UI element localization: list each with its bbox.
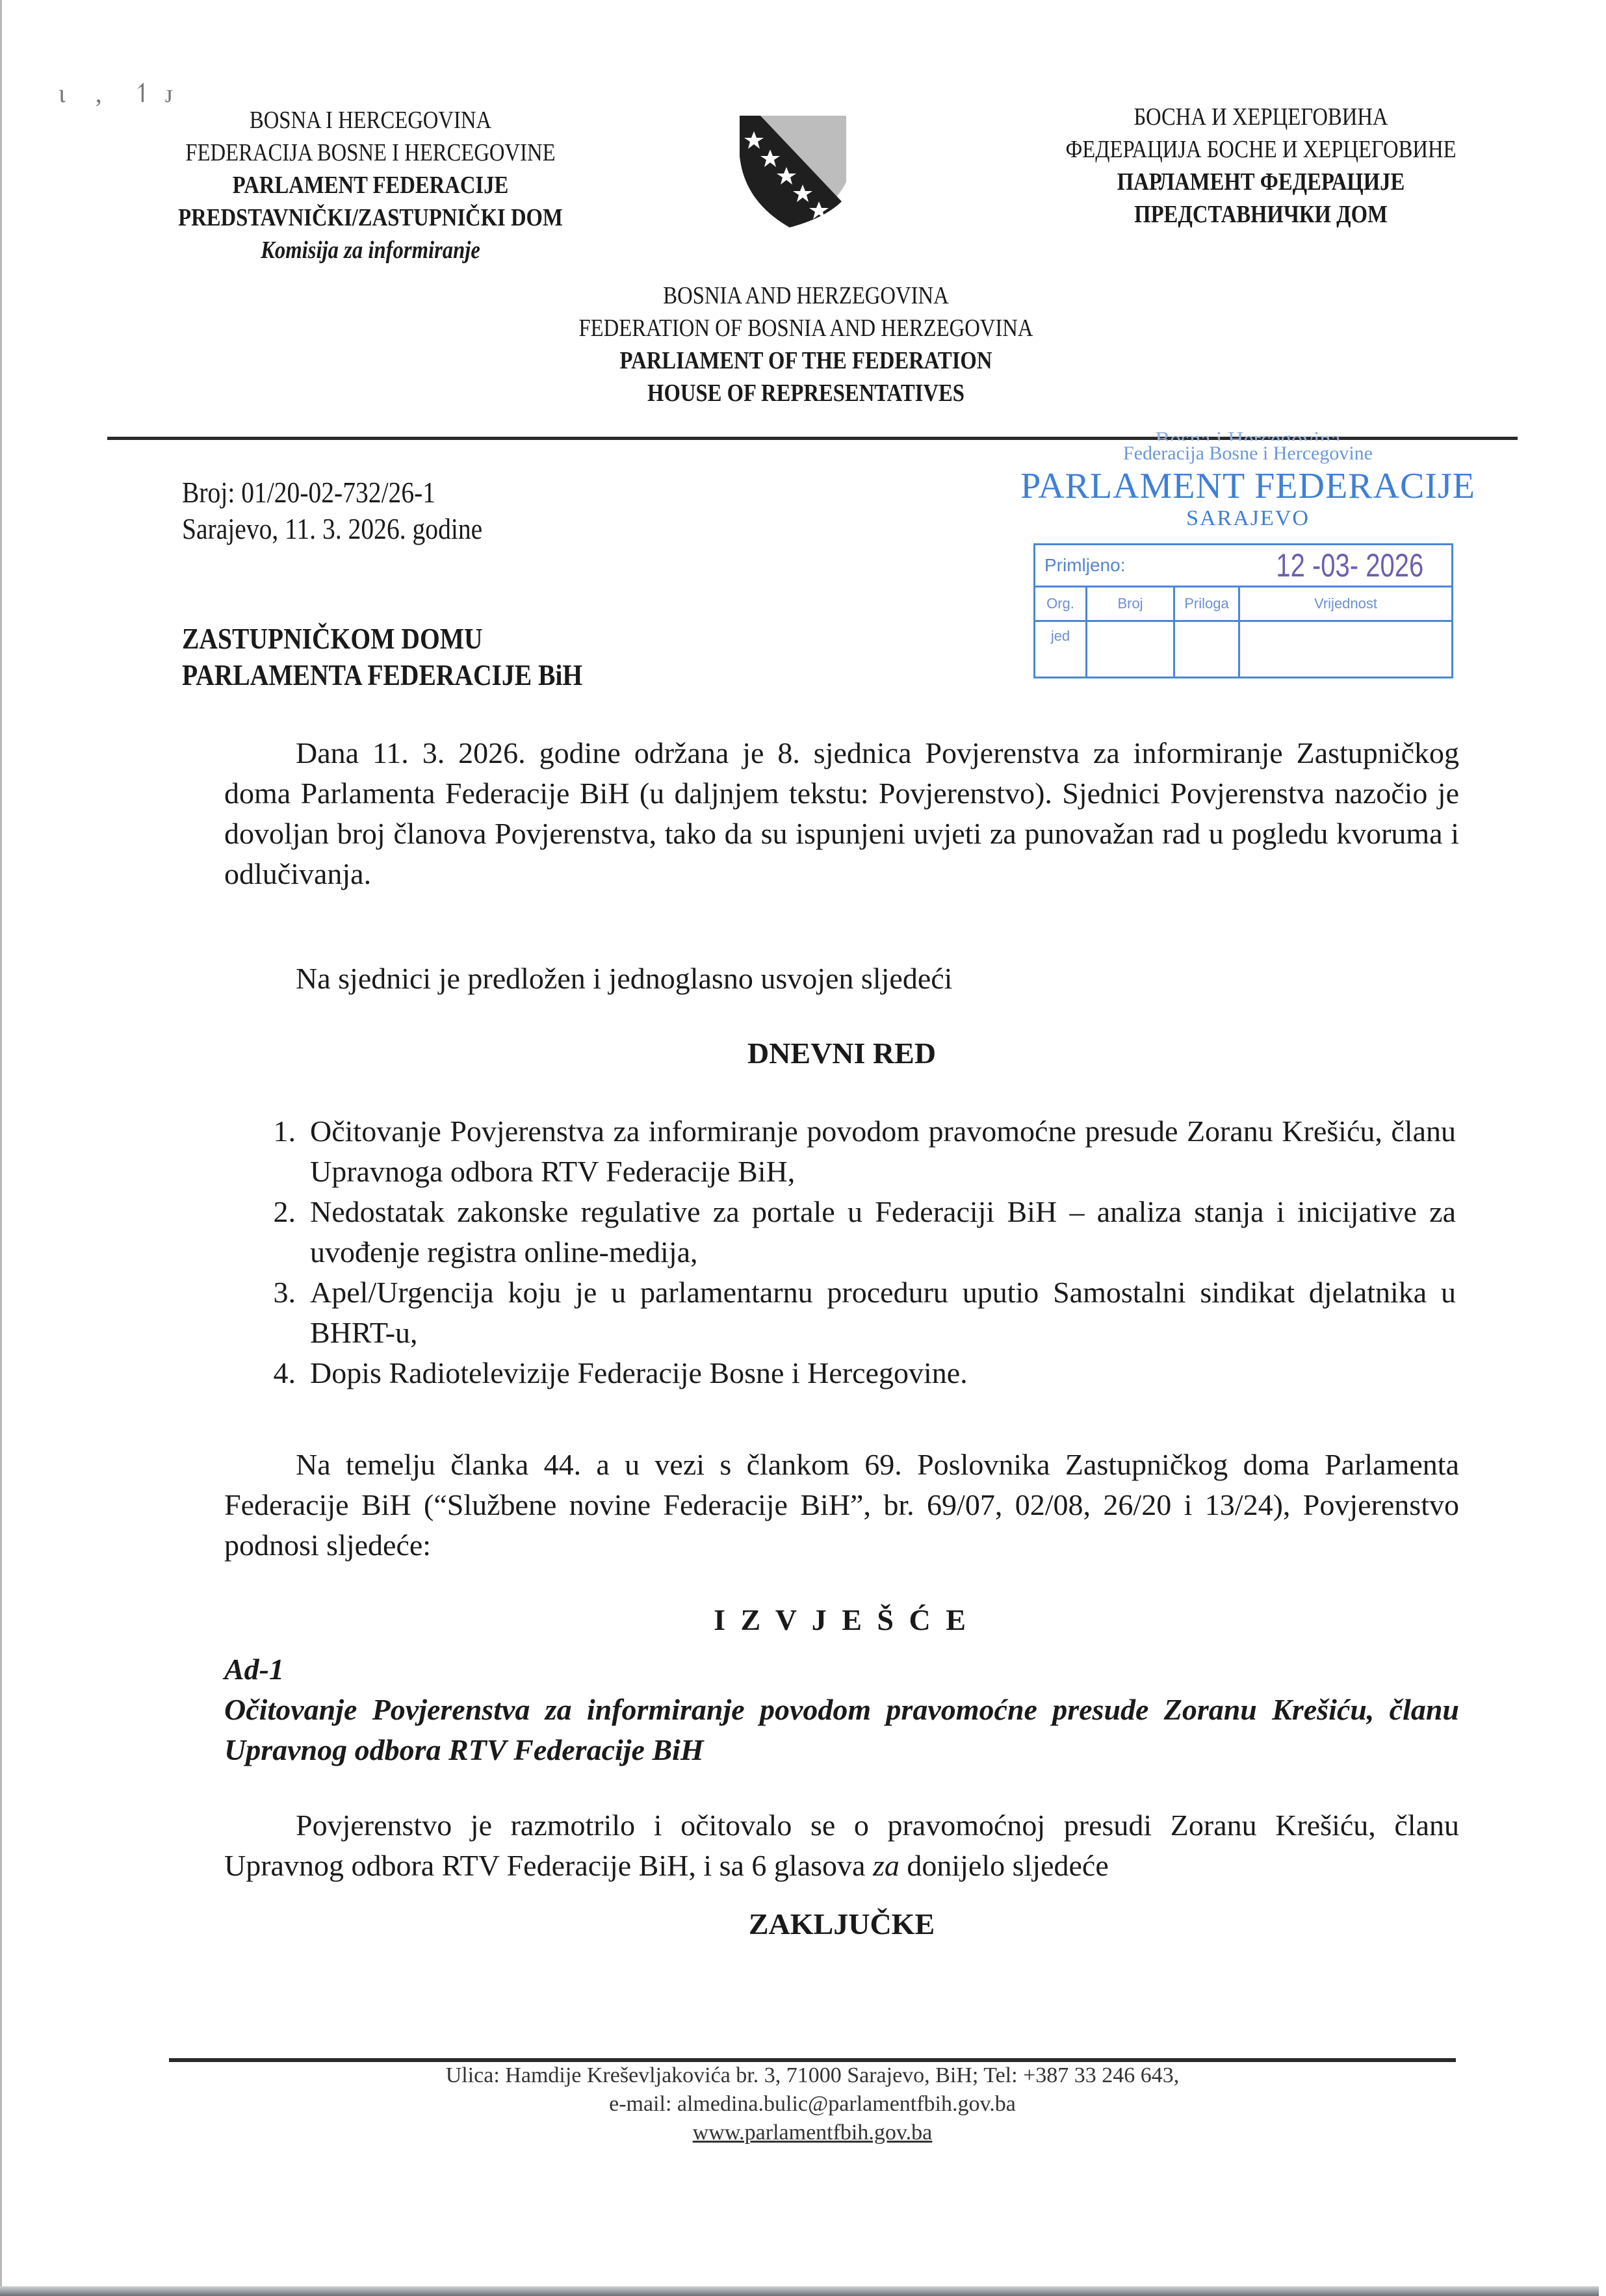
agenda-item: 1. Očitovanje Povjerenstva za informiran… <box>247 1111 1456 1192</box>
stamp-col-org: Org. jed <box>1035 587 1087 622</box>
agenda-item-number: 4. <box>247 1353 310 1393</box>
stamp-line3: PARLAMENT FEDERACIJE <box>1014 467 1482 506</box>
stamp-line1: Bosna i Hercegovina <box>1014 429 1482 441</box>
stamp-received-label: Primljeno: <box>1044 555 1125 576</box>
agenda-item-number: 3. <box>247 1272 310 1353</box>
addressee: ZASTUPNIČKOM DOMU PARLAMENTA FEDERACIJE … <box>182 621 582 693</box>
stamp-cell <box>1035 622 1087 677</box>
stamp-col-number: Broj <box>1087 587 1175 622</box>
header-house-cyr: ПРЕДСТАВНИЧКИ ДОМ <box>1037 198 1484 231</box>
header-english: BOSNIA AND HERZEGOVINA FEDERATION OF BOS… <box>504 279 1108 409</box>
header-country: BOSNA I HERCEGOVINA <box>153 104 589 136</box>
header-federation: FEDERACIJA BOSNE I HERCEGOVINE <box>153 136 589 169</box>
intro-section: Dana 11. 3. 2026. godine održana je 8. s… <box>224 733 1459 894</box>
agenda-item-number: 1. <box>247 1111 310 1192</box>
stamp-registry-box: Primljeno: 12 -03- 2026 Org. jed Broj Pr… <box>1033 543 1453 678</box>
agenda-item: 3. Apel/Urgencija koju je u parlamentarn… <box>247 1272 1456 1353</box>
stamp-col-attachments: Priloga <box>1175 587 1240 622</box>
scan-bottom-edge <box>0 2286 1599 2296</box>
agenda-item: 4. Dopis Radiotelevizije Federacije Bosn… <box>247 1353 1456 1393</box>
bih-coat-of-arms-icon <box>734 104 864 227</box>
agenda-intro: Na sjednici je predložen i jednoglasno u… <box>224 959 1459 999</box>
header-country-cyr: БОСНА И ХЕРЦЕГОВИНА <box>1037 101 1484 133</box>
document-date: Sarajevo, 11. 3. 2026. godine <box>182 511 482 547</box>
ad1-paragraph: Povjerenstvo je razmotrilo i očitovalo s… <box>224 1805 1459 1886</box>
agenda-intro-section: Na sjednici je predložen i jednoglasno u… <box>224 959 1459 999</box>
stamp-grid: Org. jed Broj Priloga Vrijednost <box>1035 587 1451 677</box>
footer-email[interactable]: e-mail: almedina.bulic@parlamentfbih.gov… <box>325 2090 1300 2119</box>
agenda-item-number: 2. <box>247 1192 310 1272</box>
stamp-cell <box>1175 622 1240 677</box>
addressee-line1: ZASTUPNIČKOM DOMU <box>182 621 582 657</box>
ad1-text-after: donijelo sljedeće <box>900 1849 1109 1882</box>
document-meta: Broj: 01/20-02-732/26-1 Sarajevo, 11. 3.… <box>182 474 482 547</box>
header-cyrillic: БОСНА И ХЕРЦЕГОВИНА ФЕДЕРАЦИЈА БОСНЕ И Х… <box>1037 101 1484 231</box>
report-title: I Z V J E Š Ć E <box>224 1600 1459 1640</box>
stamp-received-date: 12 -03- 2026 <box>1276 547 1424 584</box>
stamp-line2: Federacija Bosne i Hercegovine <box>1014 441 1482 467</box>
header-country-en: BOSNIA AND HERZEGOVINA <box>504 279 1108 312</box>
ad1-text-before: Povjerenstvo je razmotrilo i očitovalo s… <box>224 1809 1459 1882</box>
header-latin: BOSNA I HERCEGOVINA FEDERACIJA BOSNE I H… <box>153 104 589 266</box>
scan-left-edge <box>0 0 2 2296</box>
ad1-text-italic: za <box>873 1849 900 1882</box>
stamp-col-value: Vrijednost <box>1240 587 1451 622</box>
agenda-item-text: Očitovanje Povjerenstva za informiranje … <box>310 1111 1456 1192</box>
addressee-line2: PARLAMENTA FEDERACIJE BiH <box>182 657 582 693</box>
agenda-list: 1. Očitovanje Povjerenstva za informiran… <box>247 1111 1456 1393</box>
agenda-title: DNEVNI RED <box>224 1033 1459 1074</box>
header-parliament-cyr: ПАРЛАМЕНТ ФЕДЕРАЦИЈЕ <box>1037 166 1484 198</box>
conclusions-title: ZAKLJUČKE <box>224 1904 1459 1944</box>
ad1-heading-section: Ad-1 Očitovanje Povjerenstva za informir… <box>224 1649 1459 1770</box>
agenda-item-text: Apel/Urgencija koju je u parlamentarnu p… <box>310 1272 1456 1353</box>
stamp-cell <box>1087 622 1175 677</box>
header-parliament-en: PARLIAMENT OF THE FEDERATION <box>504 344 1108 377</box>
agenda-item-text: Nedostatak zakonske regulative za portal… <box>310 1192 1456 1272</box>
header-federation-en: FEDERATION OF BOSNIA AND HERZEGOVINA <box>504 312 1108 344</box>
header-house-en: HOUSE OF REPRESENTATIVES <box>504 377 1108 409</box>
agenda-item-text: Dopis Radiotelevizije Federacije Bosne i… <box>310 1353 1456 1393</box>
basis-paragraph: Na temelju članka 44. a u vezi s člankom… <box>224 1445 1459 1566</box>
stamp-received-row: Primljeno: 12 -03- 2026 <box>1035 545 1451 587</box>
header-commission: Komisija za informiranje <box>153 234 589 266</box>
header-house: PREDSTAVNIČKI/ZASTUPNIČKI DOM <box>153 201 589 234</box>
ad1-body: Povjerenstvo je razmotrilo i očitovalo s… <box>224 1805 1459 1886</box>
ad1-label: Ad-1 <box>224 1649 1459 1690</box>
basis-section: Na temelju članka 44. a u vezi s člankom… <box>224 1445 1459 1566</box>
header-parliament: PARLAMENT FEDERACIJE <box>153 169 589 201</box>
footer-website-link[interactable]: www.parlamentfbih.gov.ba <box>325 2119 1300 2147</box>
intro-paragraph: Dana 11. 3. 2026. godine održana je 8. s… <box>224 733 1459 894</box>
received-stamp: Bosna i Hercegovina Federacija Bosne i H… <box>1014 429 1482 678</box>
stamp-cell <box>1240 622 1451 677</box>
ad1-heading: Očitovanje Povjerenstva za informiranje … <box>224 1690 1459 1770</box>
header-federation-cyr: ФЕДЕРАЦИЈА БОСНЕ И ХЕРЦЕГОВИНЕ <box>1037 133 1484 166</box>
footer: Ulica: Hamdije Kreševljakovića br. 3, 71… <box>325 2061 1300 2147</box>
stamp-line4: SARAJEVO <box>1014 506 1482 532</box>
document-number: Broj: 01/20-02-732/26-1 <box>182 474 482 511</box>
agenda-item: 2. Nedostatak zakonske regulative za por… <box>247 1192 1456 1272</box>
footer-address: Ulica: Hamdije Kreševljakovića br. 3, 71… <box>325 2061 1300 2090</box>
